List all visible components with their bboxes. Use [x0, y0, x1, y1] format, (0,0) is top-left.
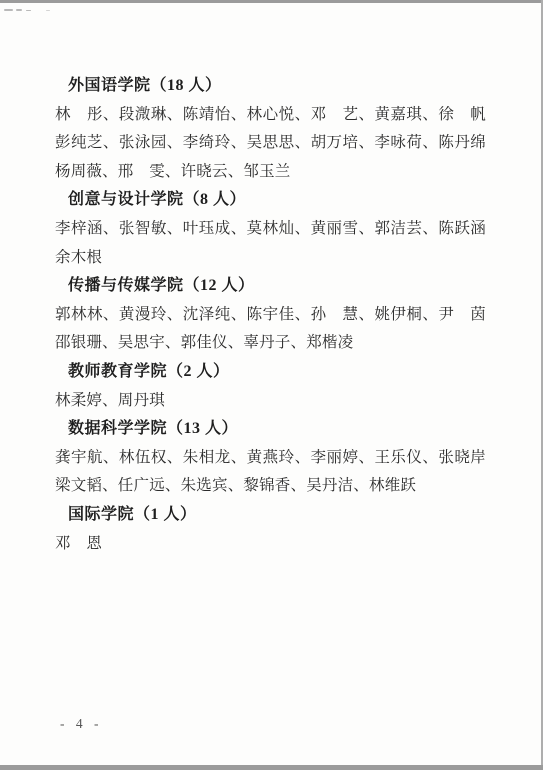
section-communication-media: 传播与传媒学院（12 人） 郭林林、黄漫玲、沈泽纯、陈宇佳、孙 慧、姚伊桐、尹 … — [0, 272, 543, 358]
page-number: - 4 - — [60, 716, 103, 732]
names-line: 龚宇航、林伍权、朱相龙、黄燕玲、李丽婷、王乐仪、张晓岸 — [0, 444, 543, 473]
scan-artifact — [46, 10, 50, 11]
section-heading: 数据科学学院（13 人） — [0, 415, 543, 444]
section-heading: 创意与设计学院（8 人） — [0, 186, 543, 215]
section-data-science: 数据科学学院（13 人） 龚宇航、林伍权、朱相龙、黄燕玲、李丽婷、王乐仪、张晓岸… — [0, 415, 543, 501]
scan-artifact — [16, 9, 22, 11]
section-heading: 国际学院（1 人） — [0, 501, 543, 530]
section-heading: 教师教育学院（2 人） — [0, 358, 543, 387]
section-foreign-languages: 外国语学院（18 人） 林 彤、段溦琳、陈靖怡、林心悦、邓 艺、黄嘉琪、徐 帆 … — [0, 72, 543, 186]
scan-edge-bottom — [0, 765, 543, 770]
names-line: 林 彤、段溦琳、陈靖怡、林心悦、邓 艺、黄嘉琪、徐 帆 — [0, 101, 543, 130]
names-line: 邵银珊、吴思宇、郭佳仪、辜丹子、郑楷凌 — [0, 329, 543, 358]
section-heading: 传播与传媒学院（12 人） — [0, 272, 543, 301]
names-line: 余木根 — [0, 244, 543, 273]
section-international: 国际学院（1 人） 邓 恩 — [0, 501, 543, 558]
names-line: 林柔婷、周丹琪 — [0, 387, 543, 416]
scan-artifact — [4, 9, 13, 11]
roster-content: 外国语学院（18 人） 林 彤、段溦琳、陈靖怡、林心悦、邓 艺、黄嘉琪、徐 帆 … — [0, 72, 543, 558]
section-creative-design: 创意与设计学院（8 人） 李梓涵、张智敏、叶珏成、莫林灿、黄丽雪、郭洁芸、陈跃涵… — [0, 186, 543, 272]
names-line: 梁文韬、任广远、朱选宾、黎锦香、吴丹洁、林维跃 — [0, 472, 543, 501]
section-teacher-education: 教师教育学院（2 人） 林柔婷、周丹琪 — [0, 358, 543, 415]
section-heading: 外国语学院（18 人） — [0, 72, 543, 101]
scan-artifact — [26, 10, 31, 11]
names-line: 彭纯芝、张泳园、李绮玲、吴思思、胡万培、李咏荷、陈丹绵 — [0, 129, 543, 158]
scan-edge-top — [0, 0, 543, 3]
names-line: 郭林林、黄漫玲、沈泽纯、陈宇佳、孙 慧、姚伊桐、尹 茵 — [0, 301, 543, 330]
names-line: 李梓涵、张智敏、叶珏成、莫林灿、黄丽雪、郭洁芸、陈跃涵 — [0, 215, 543, 244]
names-line: 杨周薇、邢 雯、许晓云、邹玉兰 — [0, 158, 543, 187]
scanned-document-page: 外国语学院（18 人） 林 彤、段溦琳、陈靖怡、林心悦、邓 艺、黄嘉琪、徐 帆 … — [0, 0, 543, 770]
names-line: 邓 恩 — [0, 530, 543, 559]
